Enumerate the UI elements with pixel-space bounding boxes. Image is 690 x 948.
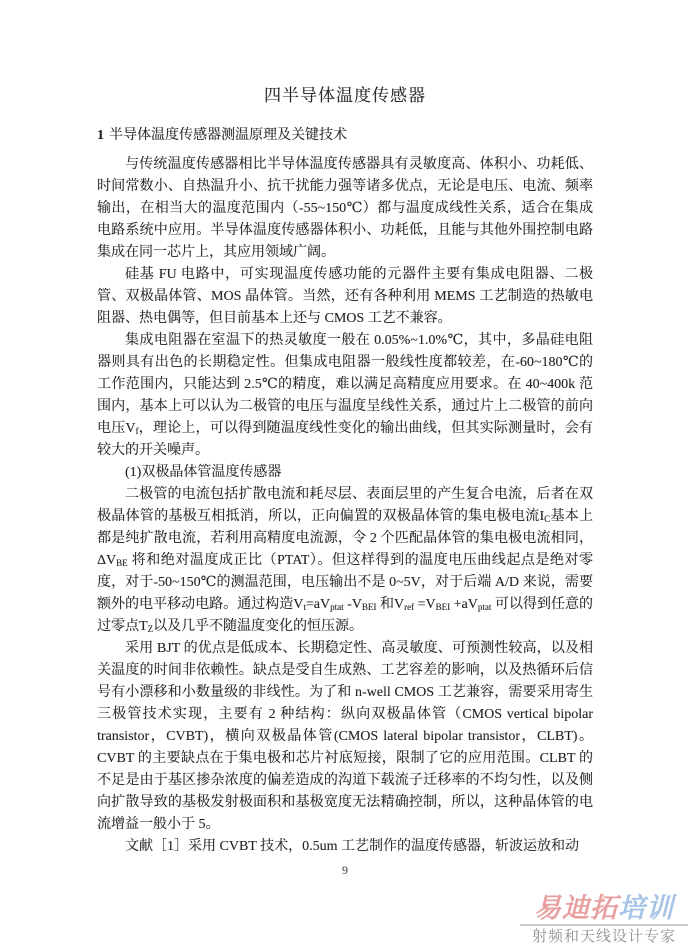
text-run: 和V: [376, 597, 404, 612]
subscript: BEI: [362, 602, 377, 612]
paragraph: 硅基 FU 电路中，可实现温度传感功能的元器件主要有集成电阻器、二极管、双极晶体…: [97, 264, 593, 330]
watermark-brand: 易迪拓培训: [520, 893, 688, 923]
watermark-divider-line: [520, 924, 688, 926]
text-run: -V: [344, 597, 362, 612]
text-run: 与传统温度传感器相比半导体温度传感器具有灵敏度高、体积小、功耗低、时间常数小、自…: [97, 157, 593, 260]
section-number: 1: [97, 128, 104, 143]
body-text: 与传统温度传感器相比半导体温度传感器具有灵敏度高、体积小、功耗低、时间常数小、自…: [97, 154, 593, 858]
text-run: +aV: [450, 597, 478, 612]
text-run: =V: [414, 597, 436, 612]
section-title: 半导体温度传感器测温原理及关键技术: [109, 128, 347, 143]
text-run: ，理论上，可以得到随温度线性变化的输出曲线，但其实际测量时，会有较大的开关噪声。: [97, 421, 593, 458]
page-number: 9: [0, 863, 690, 878]
subscript: ref: [404, 602, 414, 612]
subscript: BEI: [436, 602, 451, 612]
paragraph: 采用 BJT 的优点是低成本、长期稳定性、高灵敏度、可预测性较高，以及相关温度的…: [97, 638, 593, 836]
text-run: 二极管的电流包括扩散电流和耗尽层、表面层里的产生复合电流，后者在双极晶体管的基极…: [97, 487, 593, 524]
paragraph: 与传统温度传感器相比半导体温度传感器具有灵敏度高、体积小、功耗低、时间常数小、自…: [97, 154, 593, 264]
text-run: 以及几乎不随温度变化的恒压源。: [153, 619, 363, 634]
text-run: 采用 BJT 的优点是低成本、长期稳定性、高灵敏度、可预测性较高，以及相关温度的…: [97, 641, 593, 832]
document-page: 四半导体温度传感器 1半导体温度传感器测温原理及关键技术 与传统温度传感器相比半…: [0, 0, 690, 948]
text-run: (1)双极晶体管温度传感器: [125, 465, 281, 480]
subscript: ptat: [478, 602, 492, 612]
subsection-heading: (1)双极晶体管温度传感器: [97, 462, 593, 484]
watermark-tagline: 射频和天线设计专家: [520, 928, 688, 946]
text-column: 四半导体温度传感器 1半导体温度传感器测温原理及关键技术 与传统温度传感器相比半…: [97, 86, 593, 858]
watermark-brand-secondary: 培训: [618, 893, 674, 923]
subscript: BE: [116, 558, 128, 568]
subscript: ptat: [330, 602, 344, 612]
watermark-logo: 易迪拓培训 射频和天线设计专家: [520, 893, 688, 946]
text-run: 硅基 FU 电路中，可实现温度传感功能的元器件主要有集成电阻器、二极管、双极晶体…: [97, 267, 593, 326]
document-title: 四半导体温度传感器: [97, 86, 593, 106]
paragraph: 集成电阻器在室温下的热灵敏度一般在 0.05%~1.0%℃，其中，多晶硅电阻器则…: [97, 330, 593, 462]
watermark-brand-primary: 易迪拓: [534, 893, 618, 923]
text-run: 文献［1］采用 CVBT 技术，0.5um 工艺制作的温度传感器，斩波运放和动: [125, 839, 579, 854]
paragraph: 文献［1］采用 CVBT 技术，0.5um 工艺制作的温度传感器，斩波运放和动: [97, 836, 593, 858]
text-run: =aV: [306, 597, 330, 612]
paragraph: 二极管的电流包括扩散电流和耗尽层、表面层里的产生复合电流，后者在双极晶体管的基极…: [97, 484, 593, 638]
section-heading: 1半导体温度传感器测温原理及关键技术: [97, 126, 593, 145]
